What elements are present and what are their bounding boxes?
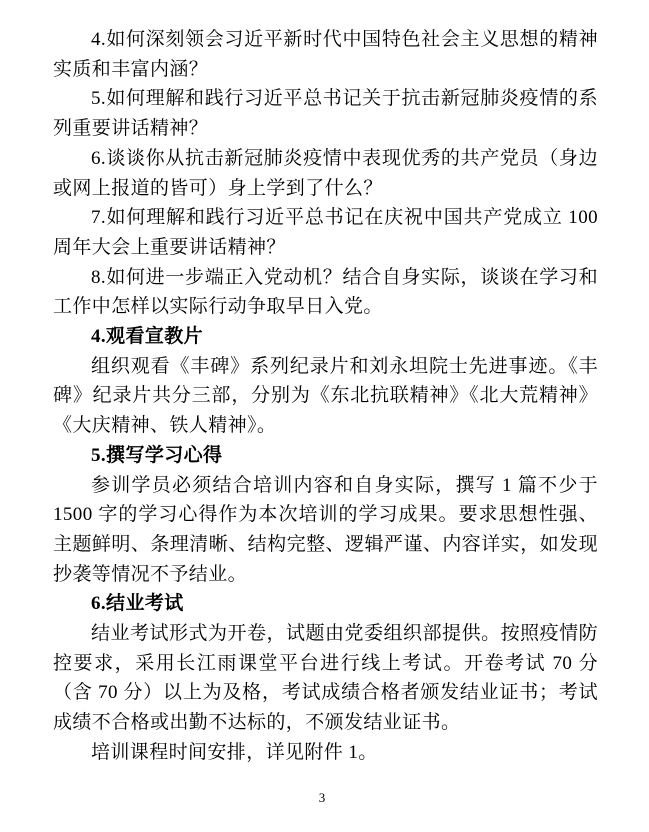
paragraph: 结业考试形式为开卷，试题由党委组织部提供。按照疫情防控要求，采用长江雨课堂平台进… bbox=[53, 619, 598, 738]
document-page: 4.如何深刻领会习近平新时代中国特色社会主义思想的精神实质和丰富内涵？5.如何理… bbox=[0, 0, 649, 832]
paragraph: 培训课程时间安排，详见附件 1。 bbox=[53, 738, 598, 768]
paragraph: 4.如何深刻领会习近平新时代中国特色社会主义思想的精神实质和丰富内涵？ bbox=[53, 25, 598, 84]
paragraph: 5.如何理解和践行习近平总书记关于抗击新冠肺炎疫情的系列重要讲话精神？ bbox=[53, 84, 598, 143]
paragraph: 6.谈谈你从抗击新冠肺炎疫情中表现优秀的共产党员（身边或网上报道的皆可）身上学到… bbox=[53, 144, 598, 203]
document-body: 4.如何深刻领会习近平新时代中国特色社会主义思想的精神实质和丰富内涵？5.如何理… bbox=[53, 25, 598, 768]
section-heading: 4.观看宣教片 bbox=[53, 322, 598, 352]
section-heading: 5.撰写学习心得 bbox=[53, 441, 598, 471]
paragraph: 组织观看《丰碑》系列纪录片和刘永坦院士先进事迹。《丰碑》纪录片共分三部，分别为《… bbox=[53, 352, 598, 441]
paragraph: 8.如何进一步端正入党动机？结合自身实际，谈谈在学习和工作中怎样以实际行动争取早… bbox=[53, 263, 598, 322]
page-number: 3 bbox=[0, 790, 644, 806]
paragraph: 7.如何理解和践行习近平总书记在庆祝中国共产党成立 100 周年大会上重要讲话精… bbox=[53, 203, 598, 262]
section-heading: 6.结业考试 bbox=[53, 589, 598, 619]
paragraph: 参训学员必须结合培训内容和自身实际，撰写 1 篇不少于 1500 字的学习心得作… bbox=[53, 471, 598, 590]
